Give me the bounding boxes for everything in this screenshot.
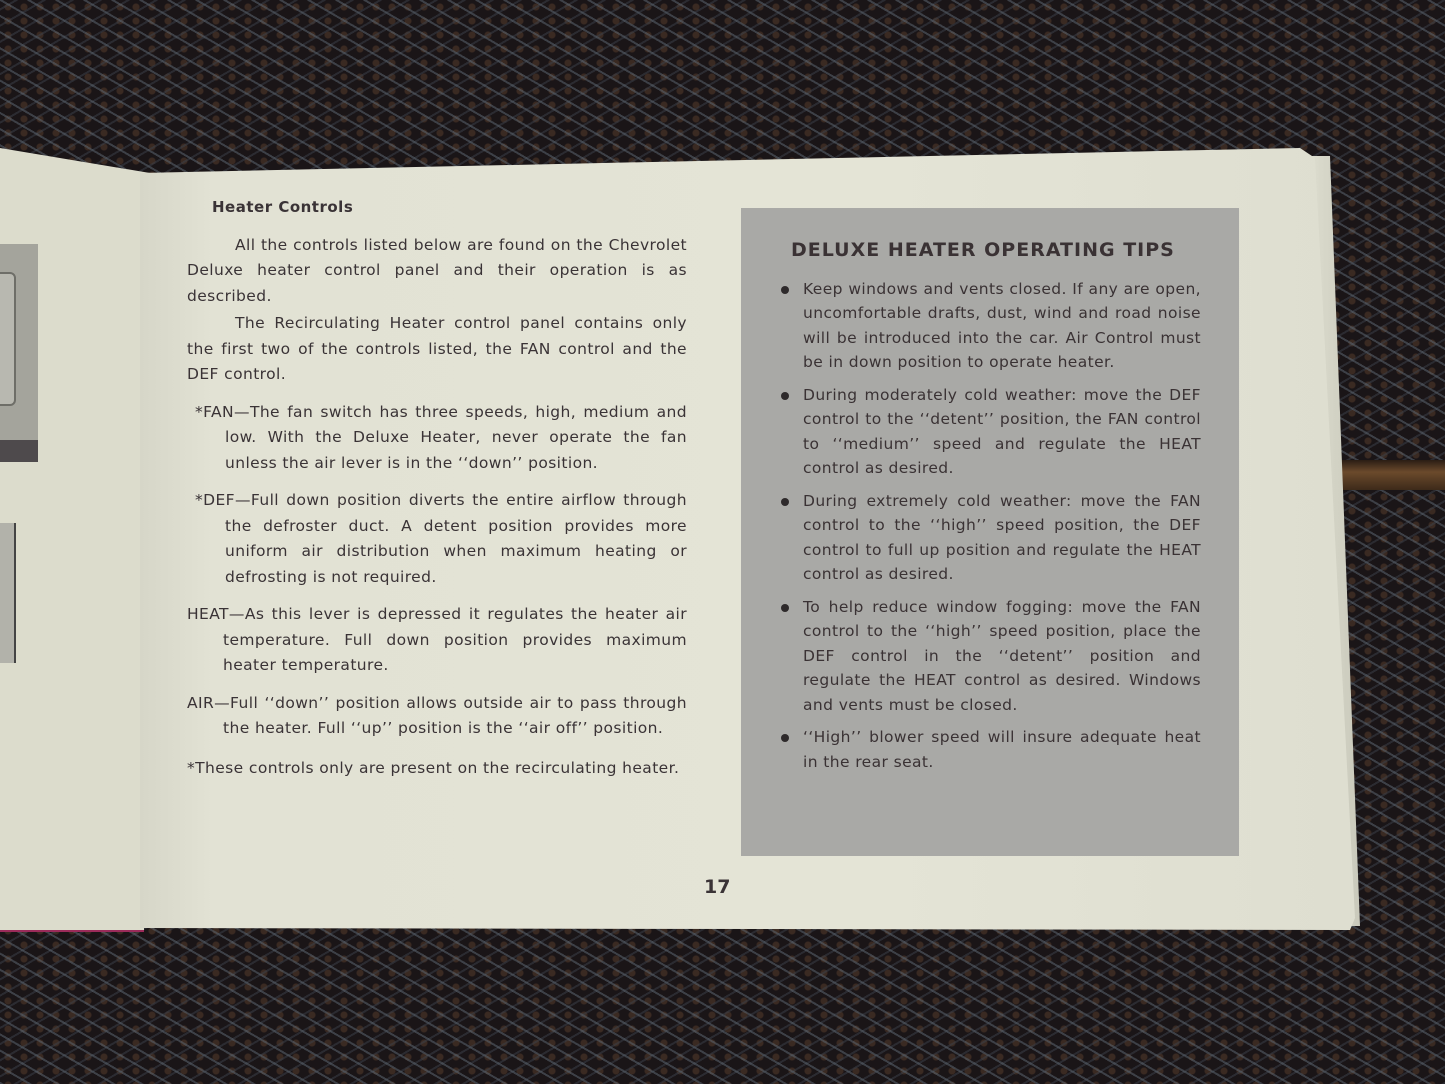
- control-fan: *FAN—The fan switch has three speeds, hi…: [187, 400, 687, 477]
- control-def: *DEF—Full down position diverts the enti…: [187, 488, 687, 590]
- tip-text: ‘‘High’’ blower speed will insure adequa…: [803, 728, 1201, 771]
- intro-paragraph: The Recirculating Heater control panel c…: [187, 311, 687, 388]
- control-description: Full ‘‘down’’ position allows outside ai…: [223, 694, 687, 738]
- control-illustration: [0, 523, 16, 663]
- control-air: AIR—Full ‘‘down’’ position allows outsid…: [187, 691, 687, 742]
- control-label: *DEF—: [195, 491, 251, 509]
- bullet-icon: [781, 734, 789, 742]
- tip-text: During moderately cold weather: move the…: [803, 386, 1201, 478]
- tip-text: Keep windows and vents closed. If any ar…: [803, 280, 1201, 372]
- tip-item: Keep windows and vents closed. If any ar…: [779, 277, 1201, 375]
- tips-title: DELUXE HEATER OPERATING TIPS: [791, 238, 1201, 263]
- tip-text: During extremely cold weather: move the …: [803, 492, 1201, 584]
- tip-item: ‘‘High’’ blower speed will insure adequa…: [779, 725, 1201, 774]
- control-label: HEAT—: [187, 605, 245, 623]
- page-number: 17: [704, 876, 730, 898]
- control-heat: HEAT—As this lever is depressed it regul…: [187, 602, 687, 679]
- footnote: *These controls only are present on the …: [187, 756, 687, 782]
- heater-controls-section: Heater Controls All the controls listed …: [187, 195, 687, 797]
- heater-panel-illustration: [0, 244, 38, 462]
- bullet-icon: [781, 286, 789, 294]
- tip-item: To help reduce window fogging: move the …: [779, 595, 1201, 718]
- section-heading: Heater Controls: [212, 195, 687, 221]
- bullet-icon: [781, 604, 789, 612]
- tip-item: During moderately cold weather: move the…: [779, 383, 1201, 481]
- bullet-icon: [781, 498, 789, 506]
- bullet-icon: [781, 392, 789, 400]
- control-label: *FAN—: [195, 403, 250, 421]
- control-description: As this lever is depressed it regulates …: [223, 605, 687, 674]
- control-description: The fan switch has three speeds, high, m…: [225, 403, 687, 472]
- intro-paragraph: All the controls listed below are found …: [187, 233, 687, 310]
- operating-tips-box: DELUXE HEATER OPERATING TIPS Keep window…: [741, 208, 1239, 856]
- tip-text: To help reduce window fogging: move the …: [803, 598, 1201, 714]
- control-label: AIR—: [187, 694, 230, 712]
- tip-item: During extremely cold weather: move the …: [779, 489, 1201, 587]
- tips-list: Keep windows and vents closed. If any ar…: [779, 277, 1201, 775]
- control-description: Full down position diverts the entire ai…: [225, 491, 687, 586]
- previous-page: [0, 148, 150, 932]
- open-manual: Heater Controls All the controls listed …: [0, 0, 1445, 1084]
